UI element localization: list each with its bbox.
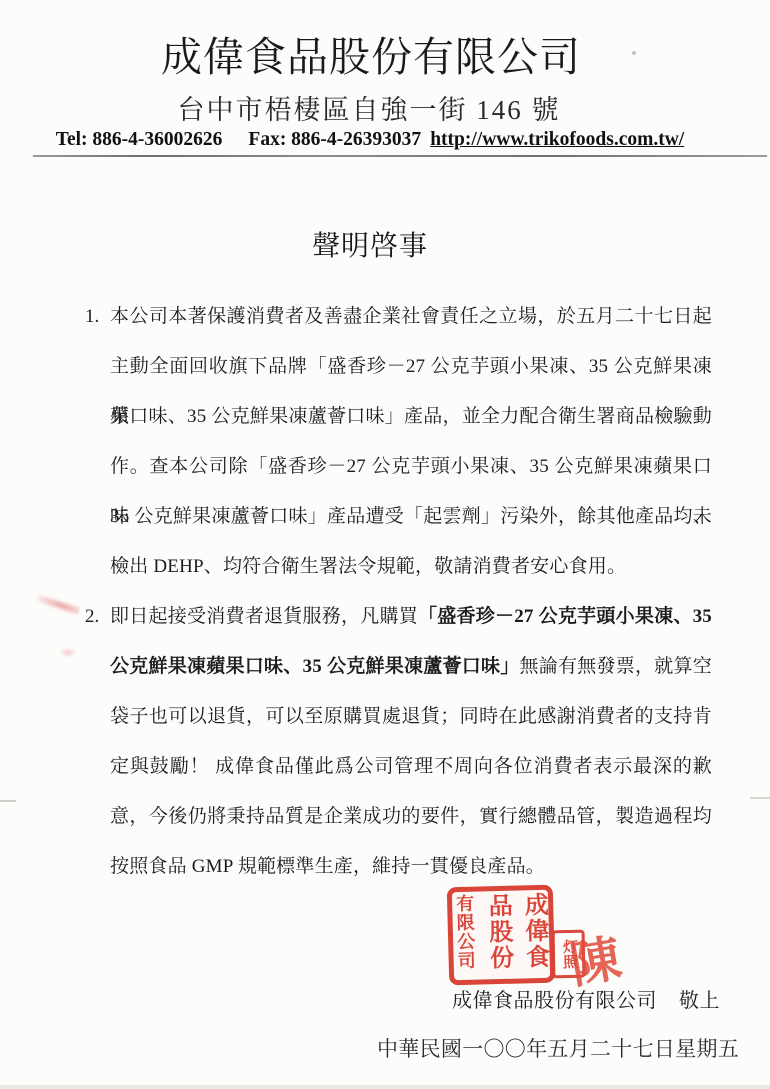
body-line: 主動全面回收旗下品牌「盛香珍－27 公克芋頭小果凍、35 公克鮮果凍蘋 bbox=[110, 342, 712, 392]
website-url: http://www.trikofoods.com.tw/ bbox=[430, 129, 684, 150]
scan-bottom-edge bbox=[0, 1085, 770, 1089]
scan-artifact-dash bbox=[750, 797, 770, 799]
document-title: 聲明啓事 bbox=[0, 224, 755, 264]
body-line: 35 公克鮮果凍蘆薈口味」產品遭受「起雲劑」污染外，餘其他產品均未 bbox=[110, 492, 712, 542]
tel-number: Tel: 886-4-36002626 bbox=[56, 129, 223, 150]
notice-item-1: 1. 本公司本著保護消費者及善盡企業社會責任之立場，於五月二十七日起 主動全面回… bbox=[85, 292, 712, 592]
scan-artifact-dash bbox=[0, 800, 16, 802]
company-address: 台中市梧棲區自強一街 146 號 bbox=[0, 88, 754, 127]
closing-company-name: 成偉食品股份有限公司 bbox=[452, 990, 657, 1012]
product-name-bold: 公克鮮果凍蘋果口味、35 公克鮮果凍蘆薈口味」 bbox=[110, 656, 520, 677]
seal-text-column: 品股份 bbox=[485, 893, 511, 978]
body-line: 即日起接受消費者退貨服務，凡購買「盛香珍－27 公克芋頭小果凍、35 bbox=[110, 592, 712, 642]
date-line: 中華民國一〇〇年五月二十七日星期五 bbox=[377, 1033, 739, 1063]
scan-smudge bbox=[60, 648, 76, 657]
body-line: 袋子也可以退貨，可以至原購買處退貨；同時在此感謝消費者的支持肯 bbox=[110, 692, 712, 742]
seal-text-column: 成偉食 bbox=[521, 892, 547, 977]
scan-smudge bbox=[36, 593, 81, 615]
fax-number: Fax: 886-4-26393037 bbox=[248, 129, 421, 150]
contact-line: Tel: 886-4-36002626Fax: 886-4-26393037ht… bbox=[0, 129, 755, 151]
item-number: 2. bbox=[85, 592, 99, 642]
body-line: 果口味、35 公克鮮果凍蘆薈口味」產品，並全力配合衛生署商品檢驗動 bbox=[110, 392, 712, 442]
seal-text-column: 有限公司 bbox=[455, 894, 475, 978]
company-seal-stamp: 成偉食 品股份 有限公司 bbox=[447, 885, 556, 986]
body-line: 按照食品 GMP 規範標準生產，維持一貫優良產品。 bbox=[110, 842, 712, 892]
body-line: 作。查本公司除「盛香珍－27 公克芋頭小果凍、35 公克鮮果凍蘋果口味、 bbox=[110, 442, 712, 492]
body-line: 本公司本著保護消費者及善盡企業社會責任之立場，於五月二十七日起 bbox=[110, 292, 712, 342]
item-number: 1. bbox=[85, 292, 99, 342]
notice-body: 1. 本公司本著保護消費者及善盡企業社會責任之立場，於五月二十七日起 主動全面回… bbox=[85, 292, 712, 892]
scan-speck bbox=[632, 51, 636, 55]
body-line: 意，今後仍將秉持品質是企業成功的要件，實行總體品管，製造過程均 bbox=[110, 792, 712, 842]
scanned-document-page: 成偉食品股份有限公司 台中市梧棲區自強一街 146 號 Tel: 886-4-3… bbox=[0, 0, 770, 1089]
notice-item-2: 2. 即日起接受消費者退貨服務，凡購買「盛香珍－27 公克芋頭小果凍、35 公克… bbox=[85, 592, 712, 892]
line-segment: 即日起接受消費者退貨服務，凡購買 bbox=[110, 606, 418, 627]
company-name: 成偉食品股份有限公司 bbox=[0, 24, 756, 83]
body-line: 檢出 DEHP、均符合衛生署法令規範，敬請消費者安心食用。 bbox=[110, 542, 712, 592]
body-line: 公克鮮果凍蘋果口味、35 公克鮮果凍蘆薈口味」無論有無發票，就算空 bbox=[110, 642, 712, 692]
header-divider bbox=[33, 155, 767, 157]
product-name-bold: 「盛香珍－27 公克芋頭小果凍、35 bbox=[418, 606, 712, 627]
closing-line: 成偉食品股份有限公司敬上 bbox=[452, 984, 720, 1013]
closing-salutation: 敬上 bbox=[679, 990, 720, 1012]
line-segment: 無論有無發票，就算空 bbox=[520, 656, 713, 677]
body-line: 定與鼓勵！ 成偉食品僅此爲公司管理不周向各位消費者表示最深的歉 bbox=[110, 742, 712, 792]
